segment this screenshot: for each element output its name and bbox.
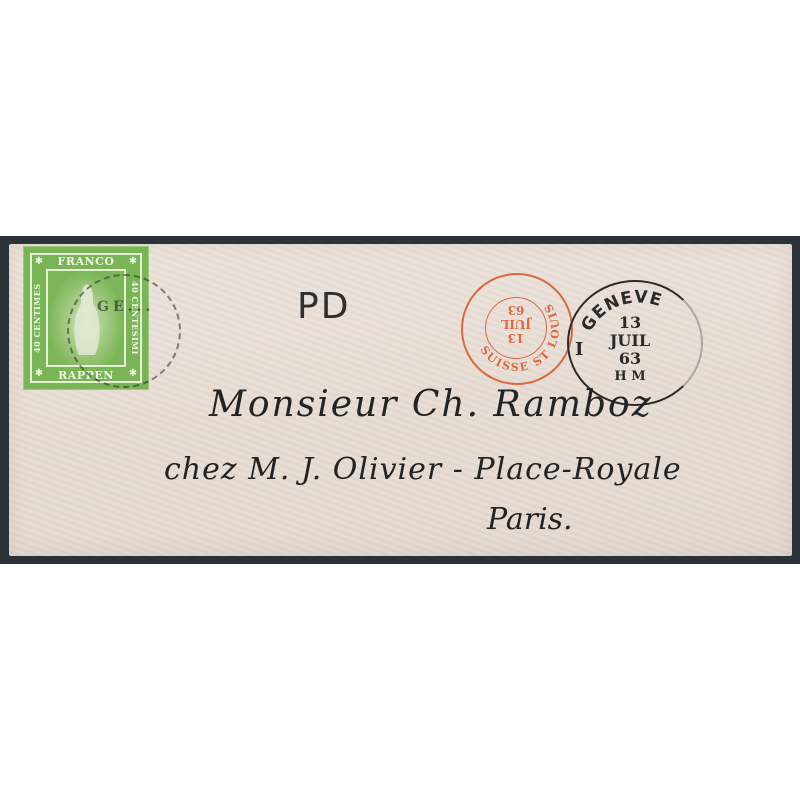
red-postmark-year: 63 (485, 303, 547, 317)
geneve-postmark-day: 13 (595, 314, 665, 332)
address-care-of: chez M. J. Olivier - Place-Royale (164, 452, 682, 487)
red-postmark-month: JUIL (485, 317, 547, 331)
red-transit-postmark: SUISSE ST LOUIS 13 JUIL 63 (461, 273, 573, 385)
geneve-postmark-date: 13 JUIL 63 H M (595, 314, 665, 386)
address-city: Paris. (487, 502, 573, 537)
envelope: FRANCO RAPPEN 40 CENTIMES 40 CENTESIMI ✱… (9, 244, 792, 556)
geneve-postmark-bar: I (575, 339, 583, 360)
address-recipient: Monsieur Ch. Ramboz (209, 384, 653, 425)
red-postmark-day: 13 (485, 331, 547, 345)
stamp-cancellation-text: GE... (97, 299, 154, 315)
stamp-cancellation-ring (67, 274, 181, 388)
stamp-top-label: FRANCO (48, 255, 124, 268)
star-icon: ✱ (126, 255, 140, 269)
stamp-left-label: 40 CENTIMES (32, 271, 46, 365)
star-icon: ✱ (32, 255, 46, 269)
red-postmark-date: 13 JUIL 63 (485, 303, 547, 345)
star-icon: ✱ (32, 367, 46, 381)
geneve-postmark-month: JUIL (595, 332, 665, 350)
geneve-postmark-year: 63 (595, 350, 665, 368)
pd-handstamp: PD (297, 286, 350, 327)
